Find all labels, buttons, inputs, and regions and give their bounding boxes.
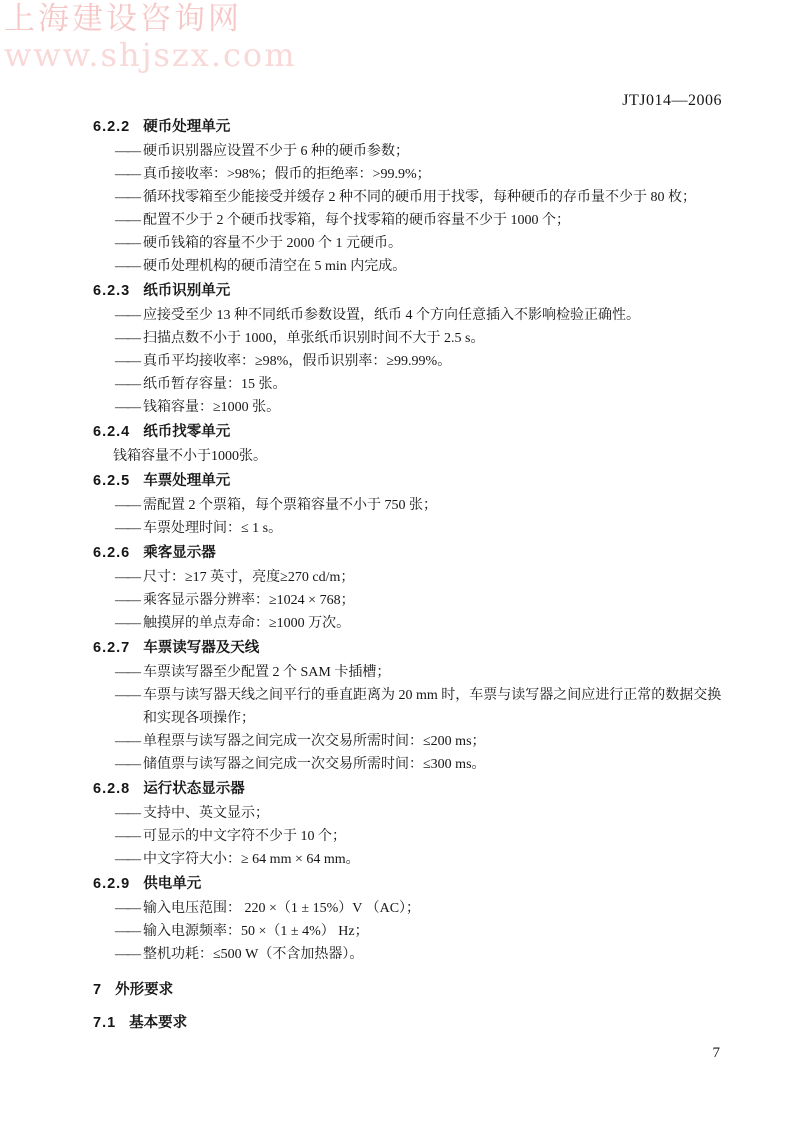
requirement-text: 硬币处理机构的硬币清空在 5 min 内完成。 (143, 259, 406, 274)
section-title: 纸币识别单元 (143, 283, 230, 299)
dash-marker: —— (115, 802, 139, 825)
dash-marker: —— (115, 373, 139, 396)
section-heading: 6.2.6乘客显示器 (93, 542, 727, 565)
requirement-text: 储值票与读写器之间完成一次交易所需时间：≤300 ms。 (143, 757, 486, 772)
section-title: 基本要求 (129, 1015, 187, 1031)
requirement-text: 支持中、英文显示； (143, 806, 269, 821)
requirement-item: —— 硬币识别器应设置不少于 6 种的硬币参数； (93, 140, 727, 163)
section-heading: 7.1基本要求 (93, 1012, 727, 1035)
page-number: 7 (713, 1045, 721, 1062)
requirement-item: —— 需配置 2 个票箱，每个票箱容量不小于 750 张； (93, 494, 727, 517)
requirement-item: —— 可显示的中文字符不少于 10 个； (93, 825, 727, 848)
dash-marker: —— (115, 589, 139, 612)
section-title: 硬币处理单元 (143, 119, 230, 135)
section-heading: 7外形要求 (93, 979, 727, 1002)
section-heading: 6.2.8运行状态显示器 (93, 778, 727, 801)
requirement-text: 车票处理时间：≤ 1 s。 (143, 521, 282, 536)
requirement-item: —— 支持中、英文显示； (93, 802, 727, 825)
dash-marker: —— (115, 209, 139, 232)
section-title: 车票处理单元 (143, 473, 230, 489)
dash-marker: —— (115, 232, 139, 255)
requirement-item: —— 储值票与读写器之间完成一次交易所需时间：≤300 ms。 (93, 753, 727, 776)
section-heading: 6.2.5车票处理单元 (93, 470, 727, 493)
requirement-item: —— 输入电源频率：50 ×（1 ± 4%） Hz； (93, 920, 727, 943)
section-number: 6.2.5 (93, 473, 130, 489)
requirement-text: 可显示的中文字符不少于 10 个； (143, 829, 346, 844)
requirement-text: 单程票与读写器之间完成一次交易所需时间：≤200 ms； (143, 734, 486, 749)
requirement-text: 扫描点数不小于 1000，单张纸币识别时间不大于 2.5 s。 (143, 331, 484, 346)
section-heading: 6.2.7车票读写器及天线 (93, 637, 727, 660)
requirement-item: —— 配置不少于 2 个硬币找零箱，每个找零箱的硬币容量不少于 1000 个； (93, 209, 727, 232)
requirement-text: 纸币暂存容量：15 张。 (143, 377, 287, 392)
section-number: 7.1 (93, 1015, 116, 1031)
dash-marker: —— (115, 612, 139, 635)
requirement-text: 整机功耗：≤500 W（不含加热器）。 (143, 947, 363, 962)
section-heading: 6.2.9供电单元 (93, 873, 727, 896)
requirement-item: —— 硬币钱箱的容量不少于 2000 个 1 元硬币。 (93, 232, 727, 255)
dash-marker: —— (115, 517, 139, 540)
dash-marker: —— (115, 186, 139, 209)
paragraph-text: 钱箱容量不小于1000张。 (93, 445, 727, 468)
dash-marker: —— (115, 396, 139, 419)
section-number: 6.2.3 (93, 283, 130, 299)
dash-marker: —— (115, 566, 139, 589)
dash-marker: —— (115, 943, 139, 966)
dash-marker: —— (115, 730, 139, 753)
requirement-text: 尺寸：≥17 英寸，亮度≥270 cd/m； (143, 570, 354, 585)
section: 6.2.9供电单元 —— 输入电压范围： 220 ×（1 ± 15%）V （AC… (93, 873, 727, 966)
requirement-item: —— 钱箱容量：≥1000 张。 (93, 396, 727, 419)
dash-marker: —— (115, 897, 139, 920)
section: 6.2.6乘客显示器 —— 尺寸：≥17 英寸，亮度≥270 cd/m； —— … (93, 542, 727, 635)
requirement-item: —— 触摸屏的单点寿命：≥1000 万次。 (93, 612, 727, 635)
requirement-text: 钱箱容量：≥1000 张。 (143, 400, 280, 415)
dash-marker: —— (115, 304, 139, 327)
dash-marker: —— (115, 661, 139, 684)
document-body: 6.2.2硬币处理单元 —— 硬币识别器应设置不少于 6 种的硬币参数； —— … (93, 114, 727, 1036)
requirement-item: —— 单程票与读写器之间完成一次交易所需时间：≤200 ms； (93, 730, 727, 753)
requirement-item: —— 硬币处理机构的硬币清空在 5 min 内完成。 (93, 255, 727, 278)
requirement-text: 硬币识别器应设置不少于 6 种的硬币参数； (143, 144, 409, 159)
section-number: 6.2.8 (93, 781, 130, 797)
section-title: 运行状态显示器 (143, 781, 245, 797)
requirement-item: —— 真币平均接收率：≥98%，假币识别率：≥99.99%。 (93, 350, 727, 373)
watermark-site-name: 上海建设咨询网 (4, 2, 297, 36)
section-title: 供电单元 (143, 876, 201, 892)
requirement-item: —— 真币接收率：>98%；假币的拒绝率：>99.9%； (93, 163, 727, 186)
section-heading: 6.2.2硬币处理单元 (93, 116, 727, 139)
section: 7外形要求 (93, 979, 727, 1002)
requirement-item: —— 乘客显示器分辨率：≥1024 × 768； (93, 589, 727, 612)
requirement-item: —— 中文字符大小：≥ 64 mm × 64 mm。 (93, 848, 727, 871)
section-title: 外形要求 (115, 982, 173, 998)
section: 6.2.5车票处理单元 —— 需配置 2 个票箱，每个票箱容量不小于 750 张… (93, 470, 727, 540)
section-number: 6.2.4 (93, 424, 130, 440)
dash-marker: —— (115, 684, 139, 707)
dash-marker: —— (115, 848, 139, 871)
requirement-item: —— 输入电压范围： 220 ×（1 ± 15%）V （AC）； (93, 897, 727, 920)
dash-marker: —— (115, 350, 139, 373)
section-heading: 6.2.4纸币找零单元 (93, 421, 727, 444)
section-title: 纸币找零单元 (143, 424, 230, 440)
dash-marker: —— (115, 255, 139, 278)
requirement-text: 硬币钱箱的容量不少于 2000 个 1 元硬币。 (143, 236, 402, 251)
requirement-text: 车票与读写器天线之间平行的垂直距离为 20 mm 时，车票与读写器之间应进行正常… (143, 688, 721, 726)
requirement-item: —— 尺寸：≥17 英寸，亮度≥270 cd/m； (93, 566, 727, 589)
document-page: 上海建设咨询网 www.shjszx.com JTJ014—2006 6.2.2… (0, 0, 794, 1123)
requirement-text: 中文字符大小：≥ 64 mm × 64 mm。 (143, 852, 360, 867)
section-title: 车票读写器及天线 (143, 640, 259, 656)
requirement-text: 真币接收率：>98%；假币的拒绝率：>99.9%； (143, 167, 431, 182)
requirement-item: —— 车票处理时间：≤ 1 s。 (93, 517, 727, 540)
watermark: 上海建设咨询网 www.shjszx.com (4, 2, 297, 73)
requirement-item: —— 循环找零箱至少能接受并缓存 2 种不同的硬币用于找零，每种硬币的存币量不少… (93, 186, 727, 209)
requirement-text: 输入电压范围： 220 ×（1 ± 15%）V （AC）； (143, 901, 420, 916)
requirement-item: —— 整机功耗：≤500 W（不含加热器）。 (93, 943, 727, 966)
requirement-text: 触摸屏的单点寿命：≥1000 万次。 (143, 616, 350, 631)
section-number: 6.2.9 (93, 876, 130, 892)
dash-marker: —— (115, 753, 139, 776)
section: 6.2.4纸币找零单元 钱箱容量不小于1000张。 (93, 421, 727, 468)
section-number: 6.2.7 (93, 640, 130, 656)
requirement-text: 循环找零箱至少能接受并缓存 2 种不同的硬币用于找零，每种硬币的存币量不少于 8… (143, 190, 696, 205)
section-number: 7 (93, 982, 102, 998)
requirement-item: —— 车票与读写器天线之间平行的垂直距离为 20 mm 时，车票与读写器之间应进… (93, 684, 727, 730)
requirement-text: 应接受至少 13 种不同纸币参数设置，纸币 4 个方向任意插入不影响检验正确性。 (143, 308, 640, 323)
section: 6.2.3纸币识别单元 —— 应接受至少 13 种不同纸币参数设置，纸币 4 个… (93, 280, 727, 419)
section: 6.2.8运行状态显示器 —— 支持中、英文显示； —— 可显示的中文字符不少于… (93, 778, 727, 871)
section: 6.2.2硬币处理单元 —— 硬币识别器应设置不少于 6 种的硬币参数； —— … (93, 116, 727, 278)
dash-marker: —— (115, 494, 139, 517)
section-title: 乘客显示器 (143, 545, 216, 561)
section-number: 6.2.2 (93, 119, 130, 135)
requirement-item: —— 纸币暂存容量：15 张。 (93, 373, 727, 396)
requirement-text: 需配置 2 个票箱，每个票箱容量不小于 750 张； (143, 498, 437, 513)
dash-marker: —— (115, 825, 139, 848)
requirement-text: 车票读写器至少配置 2 个 SAM 卡插槽； (143, 665, 390, 680)
dash-marker: —— (115, 140, 139, 163)
requirement-item: —— 扫描点数不小于 1000，单张纸币识别时间不大于 2.5 s。 (93, 327, 727, 350)
section: 7.1基本要求 (93, 1012, 727, 1035)
watermark-site-url: www.shjszx.com (4, 38, 297, 73)
dash-marker: —— (115, 920, 139, 943)
requirement-text: 真币平均接收率：≥98%，假币识别率：≥99.99%。 (143, 354, 451, 369)
dash-marker: —— (115, 163, 139, 186)
requirement-text: 乘客显示器分辨率：≥1024 × 768； (143, 593, 355, 608)
section-number: 6.2.6 (93, 545, 130, 561)
requirement-item: —— 车票读写器至少配置 2 个 SAM 卡插槽； (93, 661, 727, 684)
dash-marker: —— (115, 327, 139, 350)
section: 6.2.7车票读写器及天线 —— 车票读写器至少配置 2 个 SAM 卡插槽； … (93, 637, 727, 776)
document-code: JTJ014—2006 (622, 92, 722, 110)
requirement-item: —— 应接受至少 13 种不同纸币参数设置，纸币 4 个方向任意插入不影响检验正… (93, 304, 727, 327)
section-heading: 6.2.3纸币识别单元 (93, 280, 727, 303)
requirement-text: 输入电源频率：50 ×（1 ± 4%） Hz； (143, 924, 369, 939)
requirement-text: 配置不少于 2 个硬币找零箱，每个找零箱的硬币容量不少于 1000 个； (143, 213, 570, 228)
